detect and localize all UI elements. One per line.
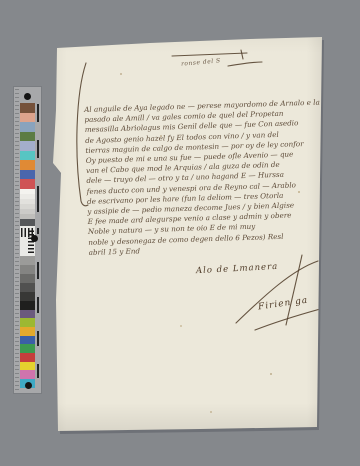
color-patch	[20, 113, 35, 123]
strip-dash	[37, 140, 39, 158]
color-patch	[20, 170, 35, 180]
color-patch	[20, 283, 35, 292]
docket-overline	[172, 53, 247, 56]
manuscript-text-block: Al anguile de Aya legado ne — perese may…	[84, 98, 323, 258]
color-patch	[20, 132, 35, 142]
strip-dash	[37, 331, 39, 346]
strip-dash	[37, 364, 39, 378]
strip-dash	[37, 186, 39, 212]
strip-dash	[37, 228, 39, 234]
color-patch	[20, 274, 35, 283]
gray-ramp	[20, 256, 35, 310]
strip-dash	[37, 297, 39, 313]
upper-color-patches	[20, 103, 35, 189]
color-patch	[20, 362, 35, 371]
color-patch	[20, 103, 35, 113]
registration-dot-top	[24, 93, 31, 100]
manuscript-page: ronse del S Al anguile de Aya legado ne …	[50, 33, 326, 435]
strip-dash	[37, 262, 39, 279]
color-patch	[20, 370, 35, 379]
color-patch	[20, 310, 35, 319]
white-gray-ramp	[20, 189, 35, 219]
color-patch	[20, 327, 35, 336]
lower-color-patches	[20, 310, 35, 388]
color-patch	[20, 256, 35, 265]
color-patch	[20, 160, 35, 170]
color-patch	[20, 318, 35, 327]
photograph-background: ronse del S Al anguile de Aya legado ne …	[0, 0, 360, 466]
docket-tail	[228, 62, 262, 66]
color-patch	[20, 151, 35, 161]
color-patch	[20, 141, 35, 151]
color-patch	[20, 353, 35, 362]
color-calibration-strip	[14, 87, 41, 393]
foxing-specks	[120, 73, 122, 75]
color-patch	[20, 344, 35, 353]
strip-ruler-marks	[15, 89, 19, 391]
color-patch	[20, 336, 35, 345]
registration-dot-middle	[31, 235, 38, 242]
strip-dash	[37, 104, 39, 122]
color-patch	[20, 122, 35, 132]
color-patch	[20, 179, 35, 189]
separator-bar	[20, 219, 35, 226]
color-patch	[20, 301, 35, 310]
color-patch	[20, 292, 35, 301]
registration-dot-bottom	[25, 382, 32, 389]
color-patch	[20, 265, 35, 274]
docket-tick	[241, 50, 243, 59]
patch-column	[20, 103, 35, 388]
